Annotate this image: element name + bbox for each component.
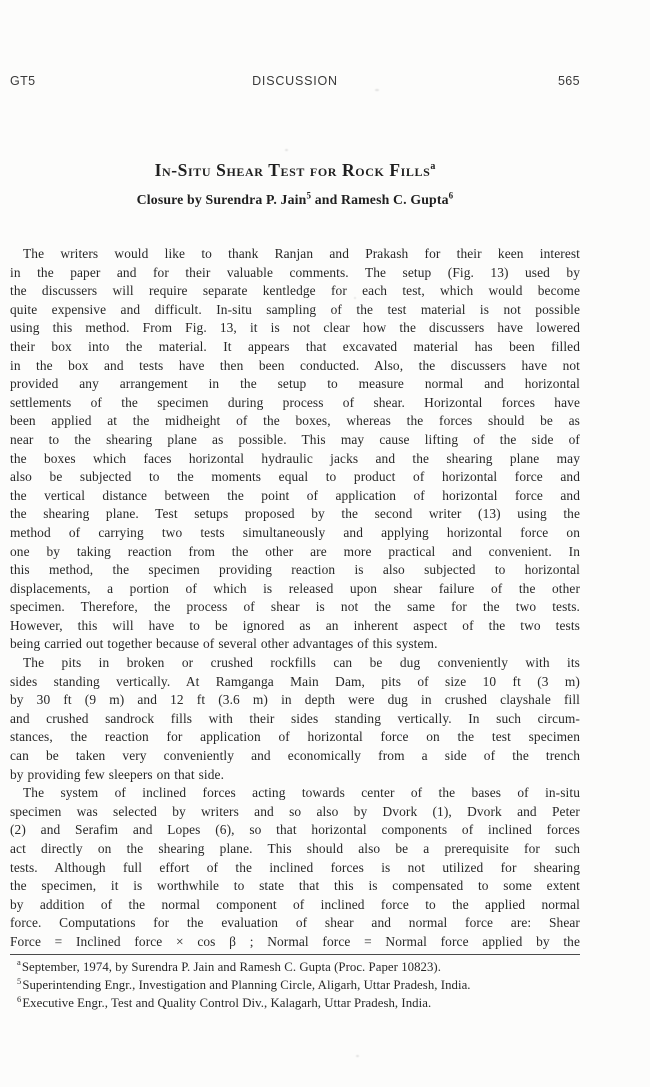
text-line: specimen was selected by writers and so … — [10, 803, 580, 822]
text-line: tests. Although full effort of the incli… — [10, 859, 580, 878]
text-line: been applied at the midheight of the box… — [10, 412, 580, 431]
text-line: Force = Inclined force × cos β ; Normal … — [10, 933, 580, 952]
paragraph: The pits in broken or crushed rockfills … — [10, 654, 580, 784]
article-title-text: In-Situ Shear Test for Rock Fills — [155, 160, 431, 180]
footnotes: aSeptember, 1974, by Surendra P. Jain an… — [10, 958, 580, 1013]
text-line: in the paper and for their valuable comm… — [10, 264, 580, 283]
text-column: GT5 DISCUSSION 565 In-Situ Shear Test fo… — [10, 74, 580, 1013]
text-line: specimen. Therefore, the process of shea… — [10, 598, 580, 617]
text-line: act directly on the shearing plane. This… — [10, 840, 580, 859]
text-line: However, this will have to be ignored as… — [10, 617, 580, 636]
text-line: the boxes which faces horizontal hydraul… — [10, 450, 580, 469]
text-line: settlements of the specimen during proce… — [10, 394, 580, 413]
text-line: in the box and tests have then been cond… — [10, 357, 580, 376]
journal-page: GT5 DISCUSSION 565 In-Situ Shear Test fo… — [0, 0, 650, 1087]
footnote-rule — [10, 954, 580, 955]
text-line: quite expensive and difficult. In-situ s… — [10, 301, 580, 320]
title-footnote-marker: a — [430, 161, 435, 172]
byline-author-1: Closure by Surendra P. Jain — [137, 192, 307, 207]
byline-author-2: and Ramesh C. Gupta — [311, 192, 449, 207]
text-line: (2) and Serafim and Lopes (6), so that h… — [10, 821, 580, 840]
text-line: their box into the material. It appears … — [10, 338, 580, 357]
scan-speck — [356, 1055, 359, 1057]
text-line: one by taking reaction from the other ar… — [10, 543, 580, 562]
text-line: also be subjected to the moments equal t… — [10, 468, 580, 487]
text-line: by providing few sleepers on that side. — [10, 766, 580, 785]
page-number: 565 — [338, 74, 580, 89]
text-line: can be taken very conveniently and econo… — [10, 747, 580, 766]
footnote: 6Executive Engr., Test and Quality Contr… — [10, 994, 580, 1012]
article-title: In-Situ Shear Test for Rock Fillsa — [10, 160, 580, 180]
article-body: The writers would like to thank Ranjan a… — [10, 245, 580, 952]
footnote: 5Superintending Engr., Investigation and… — [10, 976, 580, 994]
text-line: the vertical distance between the point … — [10, 487, 580, 506]
text-line: The pits in broken or crushed rockfills … — [10, 654, 580, 673]
text-line: using this method. From Fig. 13, it is n… — [10, 319, 580, 338]
journal-issue-code: GT5 — [10, 74, 252, 89]
section-heading: DISCUSSION — [252, 74, 338, 89]
footnote: aSeptember, 1974, by Surendra P. Jain an… — [10, 958, 580, 976]
text-line: the specimen, it is worthwhile to state … — [10, 877, 580, 896]
text-line: near to the shearing plane as possible. … — [10, 431, 580, 450]
paragraph: The writers would like to thank Ranjan a… — [10, 245, 580, 654]
byline: Closure by Surendra P. Jain5 and Ramesh … — [10, 192, 580, 208]
author-2-footnote-marker: 6 — [449, 190, 454, 200]
footnote-marker: 6 — [17, 994, 21, 1004]
running-head: GT5 DISCUSSION 565 — [10, 74, 580, 89]
footnote-marker: a — [17, 957, 21, 967]
text-line: the discussers will require separate ken… — [10, 282, 580, 301]
text-line: by 30 ft (9 m) and 12 ft (3.6 m) in dept… — [10, 691, 580, 710]
text-line: sides standing vertically. At Ramganga M… — [10, 673, 580, 692]
footnote-marker: 5 — [17, 976, 21, 986]
text-line: displacements, a portion of which is rel… — [10, 580, 580, 599]
text-line: method of carrying two tests simultaneou… — [10, 524, 580, 543]
scan-speck — [285, 149, 288, 151]
text-line: the shearing plane. Test setups proposed… — [10, 505, 580, 524]
text-line: being carried out together because of se… — [10, 635, 580, 654]
text-line: The writers would like to thank Ranjan a… — [10, 245, 580, 264]
scan-speck — [354, 297, 356, 299]
text-line: by addition of the normal component of i… — [10, 896, 580, 915]
scan-speck — [375, 89, 379, 91]
text-line: provided any arrangement in the setup to… — [10, 375, 580, 394]
paragraph: The system of inclined forces acting tow… — [10, 784, 580, 951]
text-line: this method, the specimen providing reac… — [10, 561, 580, 580]
text-line: force. Computations for the evaluation o… — [10, 914, 580, 933]
text-line: The system of inclined forces acting tow… — [10, 784, 580, 803]
text-line: stances, the reaction for application of… — [10, 728, 580, 747]
text-line: and crushed sandrock fills with their si… — [10, 710, 580, 729]
